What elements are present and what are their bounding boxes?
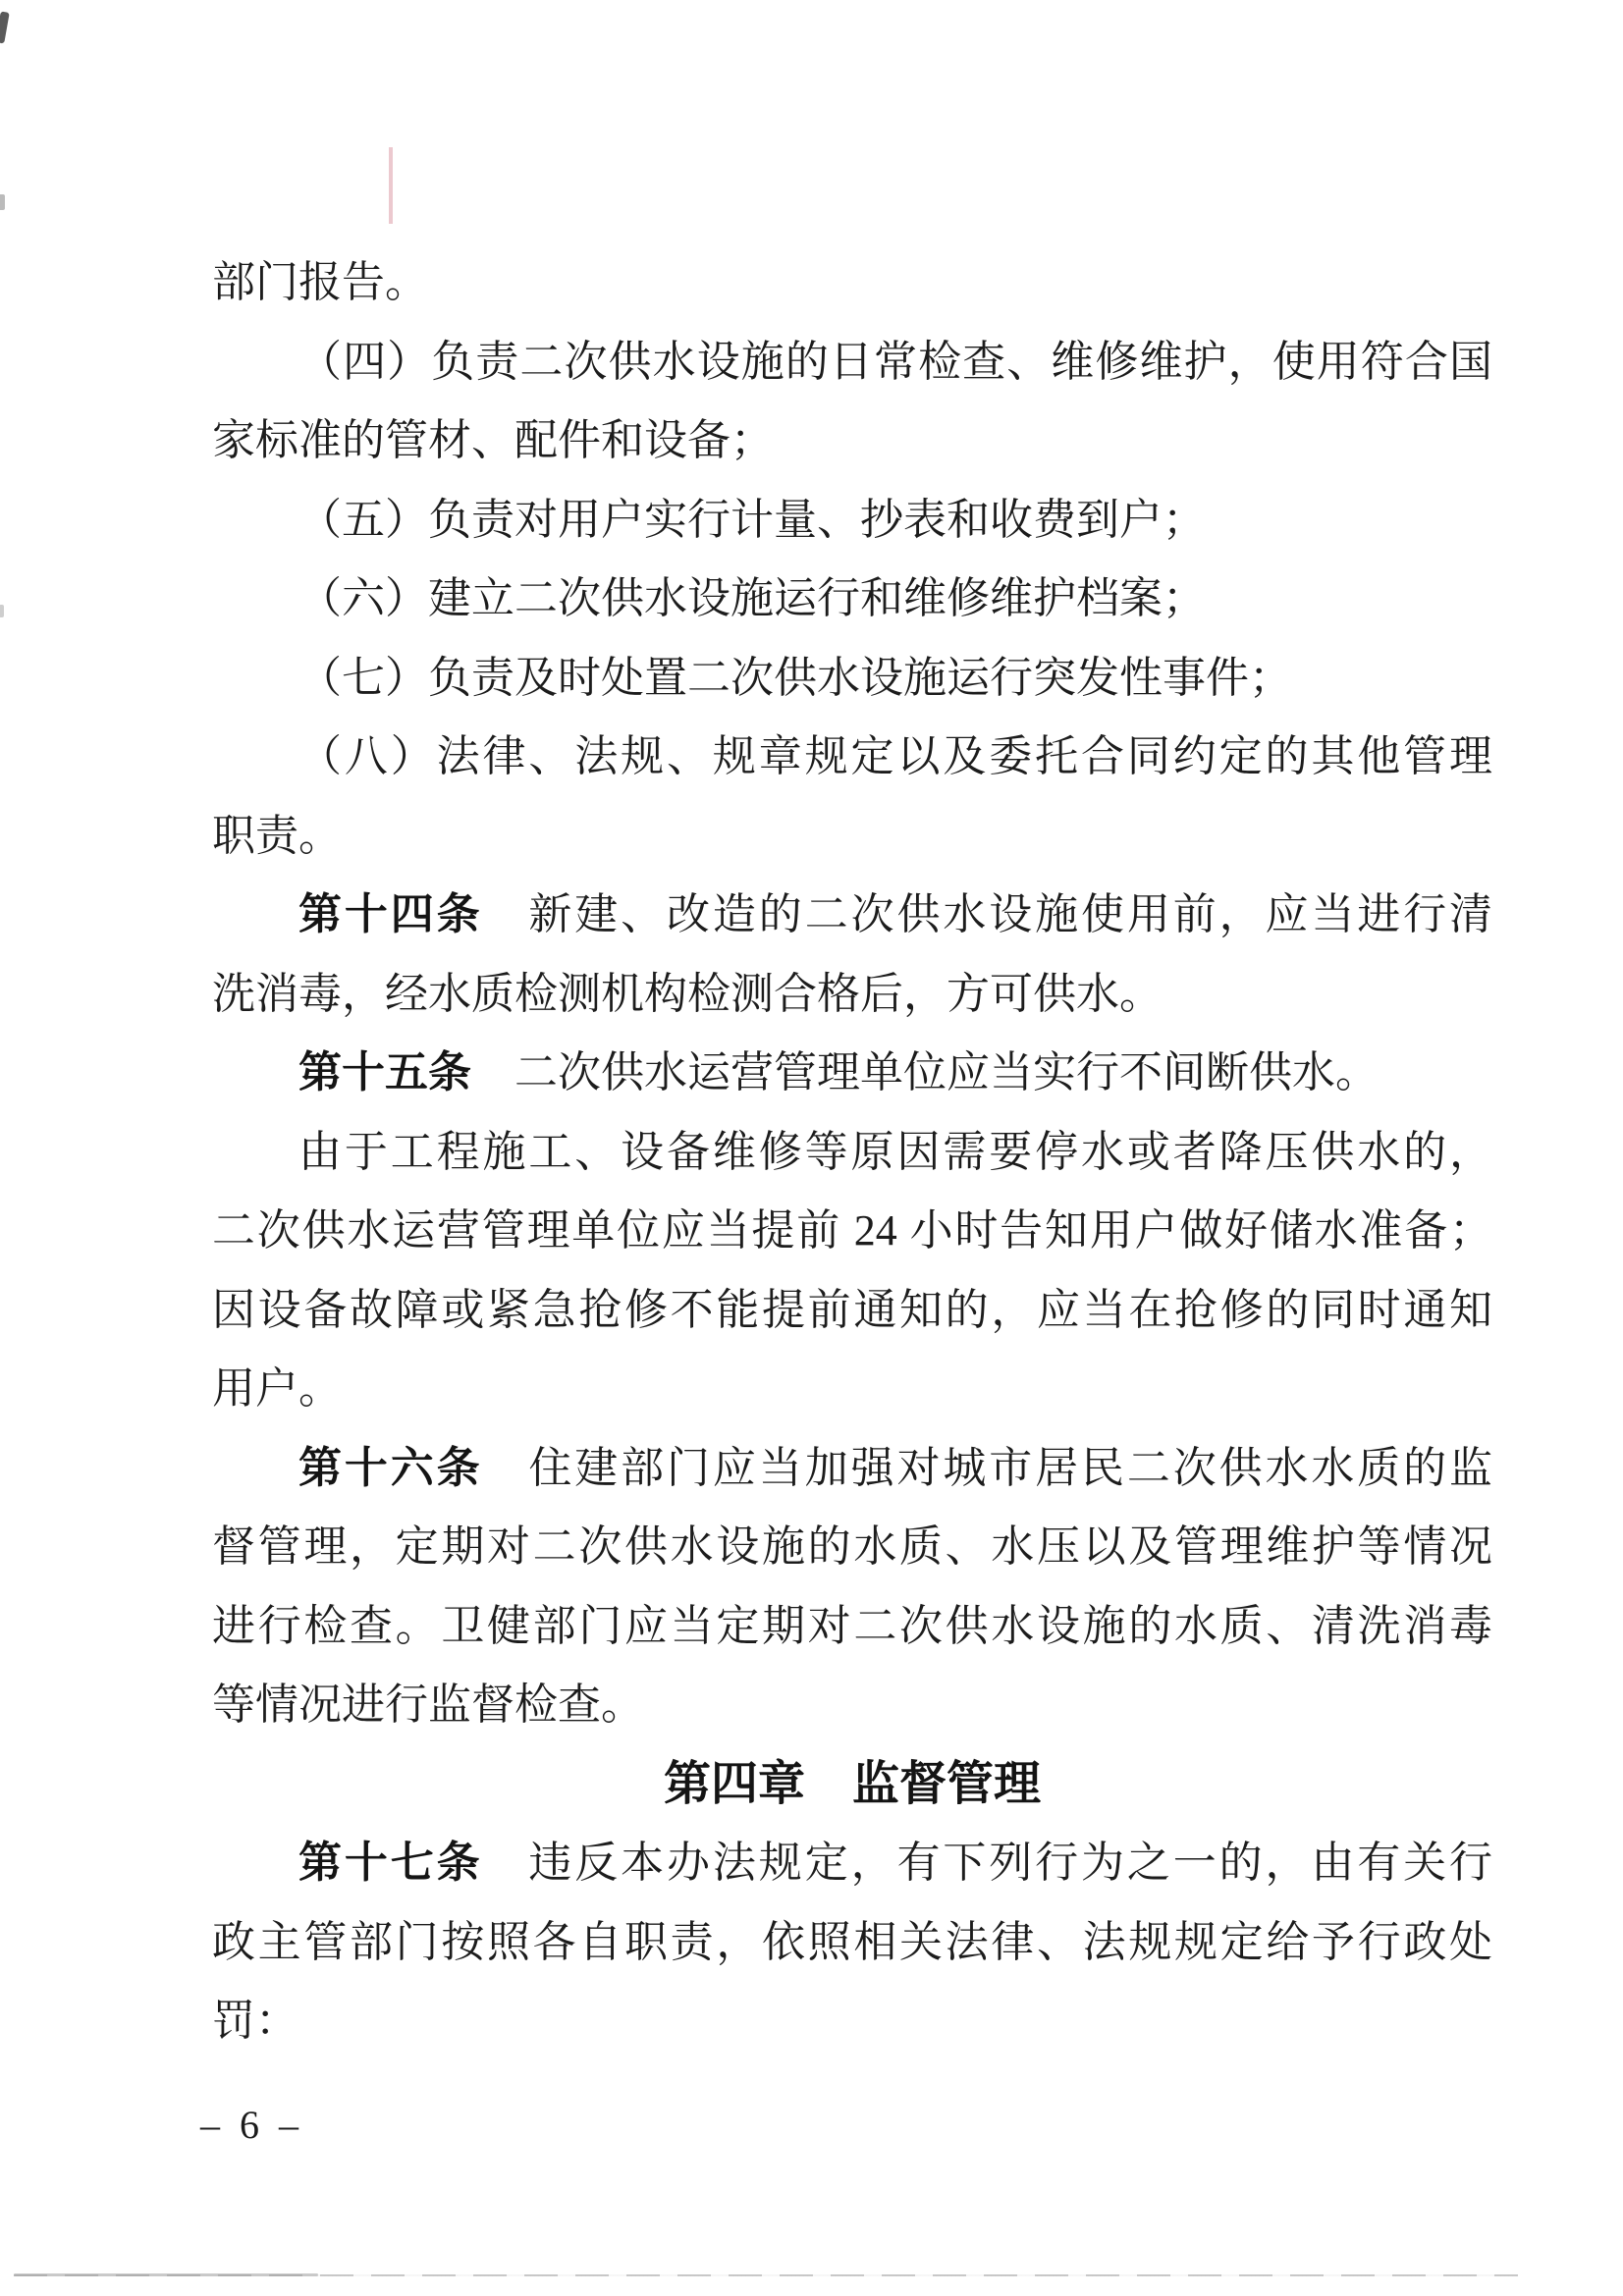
text-line: 用户。 — [212, 1350, 1492, 1429]
text-run: 督管理，定期对二次供水设施的水质、水压以及管理维护等情况 — [212, 1522, 1492, 1571]
text-run: 职责。 — [212, 812, 342, 860]
text-run: （六）建立二次供水设施运行和维修维护档案； — [298, 574, 1206, 622]
text-run: 洗消毒，经水质检测机构检测合格后，方可供水。 — [212, 970, 1163, 1018]
text-run: 住建部门应当加强对城市居民二次供水水质的监 — [483, 1444, 1492, 1492]
scan-artifact-edge-mark — [0, 605, 4, 617]
text-run: 新建、改造的二次供水设施使用前，应当进行清 — [483, 890, 1492, 938]
text-run: 因设备故障或紧急抢修不能提前通知的，应当在抢修的同时通知 — [212, 1286, 1492, 1334]
scan-artifact-edge-mark — [0, 194, 5, 210]
chapter-heading: 第四章 监督管理 — [212, 1745, 1492, 1825]
text-line: （六）建立二次供水设施运行和维修维护档案； — [212, 560, 1492, 639]
scan-artifact-bottom-line-dark — [14, 2273, 318, 2276]
page-number: – 6 – — [200, 2097, 303, 2154]
text-run: （五）负责对用户实行计量、抄表和收费到户； — [298, 496, 1206, 544]
article-number: 第十六条 — [298, 1444, 483, 1492]
text-run: 等情况进行监督检查。 — [212, 1681, 644, 1729]
text-run: （七）负责及时处置二次供水设施运行突发性事件； — [298, 654, 1292, 702]
text-line: （八）法律、法规、规章规定以及委托合同约定的其他管理 — [212, 718, 1492, 797]
text-line: 由于工程施工、设备维修等原因需要停水或者降压供水的， — [212, 1113, 1492, 1193]
scan-artifact-edge-mark — [0, 11, 10, 43]
text-line: 洗消毒，经水质检测机构检测合格后，方可供水。 — [212, 955, 1492, 1035]
text-run: 第四章 监督管理 — [664, 1758, 1041, 1810]
text-run: 政主管部门按照各自职责，依照相关法律、法规规定给予行政处 — [212, 1918, 1492, 1966]
text-run: 罚： — [212, 1997, 298, 2045]
text-line: 政主管部门按照各自职责，依照相关法律、法规规定给予行政处 — [212, 1903, 1492, 1983]
text-run: 进行检查。卫健部门应当定期对二次供水设施的水质、清洗消毒 — [212, 1602, 1492, 1650]
document-page: { "colors": { "paper": "#ffffff", "ink":… — [0, 0, 1623, 2296]
text-line: 部门报告。 — [212, 243, 1492, 323]
text-run: 部门报告。 — [212, 258, 428, 306]
text-run: 由于工程施工、设备维修等原因需要停水或者降压供水的， — [298, 1128, 1492, 1176]
text-run: 家标准的管材、配件和设备； — [212, 416, 774, 464]
text-run: 用户。 — [212, 1364, 342, 1413]
text-line: 职责。 — [212, 797, 1492, 877]
scan-artifact-bottom-line — [14, 2274, 1518, 2276]
text-run: 二次供水运营管理单位应当提前 24 小时告知用户做好储水准备； — [212, 1206, 1492, 1255]
text-line: 第十四条 新建、改造的二次供水设施使用前，应当进行清 — [212, 876, 1492, 955]
article-number: 第十七条 — [298, 1839, 483, 1887]
text-run: 违反本办法规定，有下列行为之一的，由有关行 — [483, 1839, 1492, 1887]
text-line: （四）负责二次供水设施的日常检查、维修维护，使用符合国 — [212, 323, 1492, 402]
text-run: （八）法律、法规、规章规定以及委托合同约定的其他管理 — [298, 732, 1492, 780]
text-line: 二次供水运营管理单位应当提前 24 小时告知用户做好储水准备； — [212, 1192, 1492, 1271]
text-line: 进行检查。卫健部门应当定期对二次供水设施的水质、清洗消毒 — [212, 1587, 1492, 1667]
text-line: （五）负责对用户实行计量、抄表和收费到户； — [212, 481, 1492, 561]
text-line: 因设备故障或紧急抢修不能提前通知的，应当在抢修的同时通知 — [212, 1271, 1492, 1351]
text-run: 二次供水运营管理单位应当实行不间断供水。 — [471, 1048, 1379, 1096]
article-number: 第十四条 — [298, 890, 483, 938]
scan-artifact-pink-line — [389, 147, 393, 224]
text-line: 第十六条 住建部门应当加强对城市居民二次供水水质的监 — [212, 1429, 1492, 1509]
text-line: 罚： — [212, 1982, 1492, 2061]
text-line: 家标准的管材、配件和设备； — [212, 401, 1492, 481]
text-run: （四）负责二次供水设施的日常检查、维修维护，使用符合国 — [298, 338, 1492, 386]
text-line: （七）负责及时处置二次供水设施运行突发性事件； — [212, 639, 1492, 719]
text-line: 第十五条 二次供水运营管理单位应当实行不间断供水。 — [212, 1034, 1492, 1113]
text-line: 第十七条 违反本办法规定，有下列行为之一的，由有关行 — [212, 1824, 1492, 1903]
text-line: 等情况进行监督检查。 — [212, 1666, 1492, 1745]
document-text: 部门报告。（四）负责二次供水设施的日常检查、维修维护，使用符合国家标准的管材、配… — [212, 243, 1492, 2061]
article-number: 第十五条 — [298, 1048, 471, 1096]
text-line: 督管理，定期对二次供水设施的水质、水压以及管理维护等情况 — [212, 1508, 1492, 1587]
